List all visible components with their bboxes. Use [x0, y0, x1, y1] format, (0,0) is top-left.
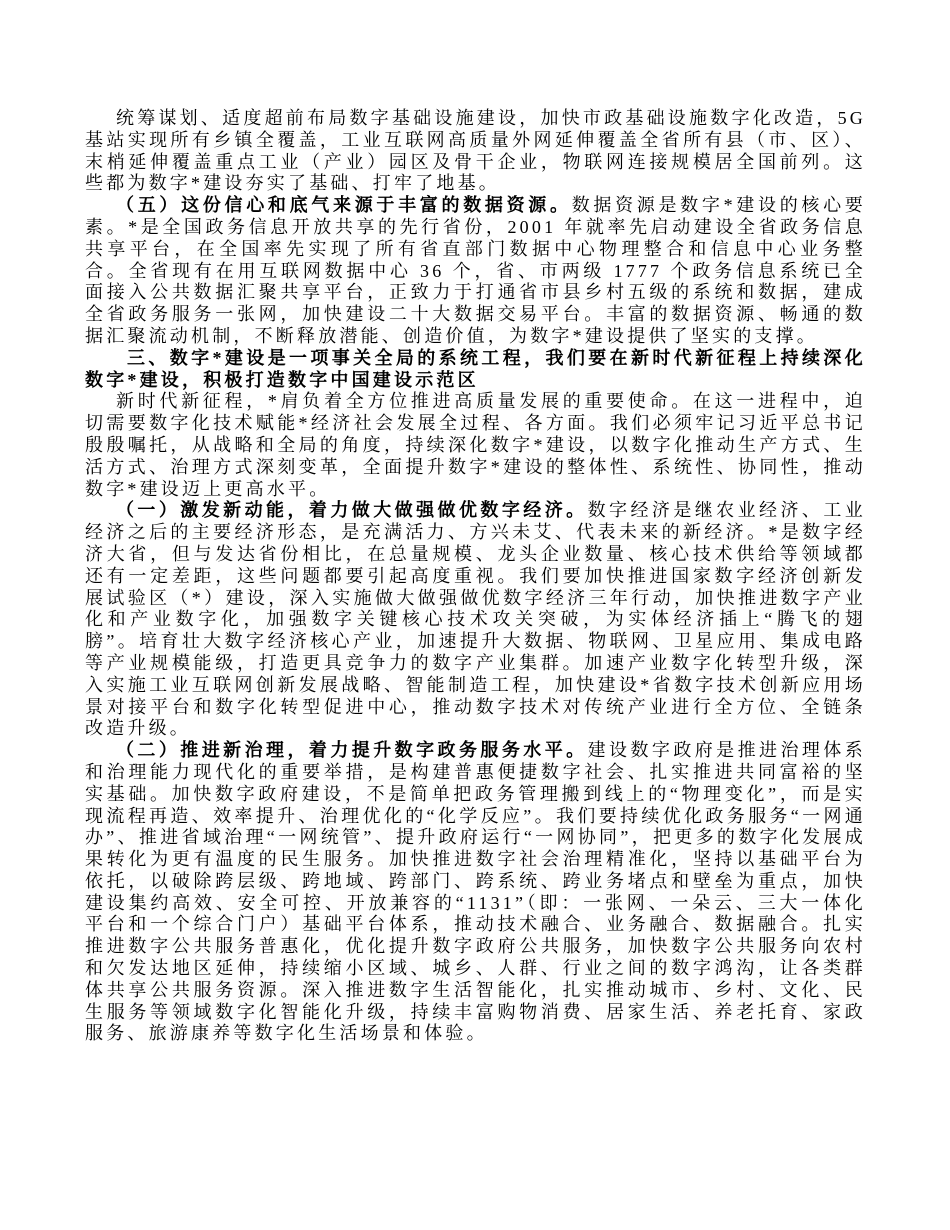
paragraph-lead: （一）激发新动能，着力做大做强做优数字经济。 [116, 500, 588, 520]
paragraph-lead: （五）这份信心和底气来源于丰富的数据资源。 [116, 195, 572, 215]
paragraph: （五）这份信心和底气来源于丰富的数据资源。数据资源是数字*建设的核心要素。*是全… [85, 195, 866, 348]
document-page: 统筹谋划、适度超前布局数字基础设施建设，加快市政基础设施数字化改造，5G 基站实… [0, 0, 950, 1230]
section-heading: 三、数字*建设是一项事关全局的系统工程，我们要在新时代新征程上持续深化数字*建设… [85, 348, 866, 392]
paragraph: 新时代新征程，*肩负着全方位推进高质量发展的重要使命。在这一进程中，迫切需要数字… [85, 391, 866, 500]
paragraph: （二）推进新治理，着力提升数字政务服务水平。建设数字政府是推进治理体系和治理能力… [85, 740, 866, 1045]
document-body: 统筹谋划、适度超前布局数字基础设施建设，加快市政基础设施数字化改造，5G 基站实… [85, 108, 866, 1045]
paragraph: 统筹谋划、适度超前布局数字基础设施建设，加快市政基础设施数字化改造，5G 基站实… [85, 108, 866, 195]
paragraph: （一）激发新动能，着力做大做强做优数字经济。数字经济是继农业经济、工业经济之后的… [85, 500, 866, 740]
paragraph-lead: （二）推进新治理，着力提升数字政务服务水平。 [116, 740, 588, 760]
